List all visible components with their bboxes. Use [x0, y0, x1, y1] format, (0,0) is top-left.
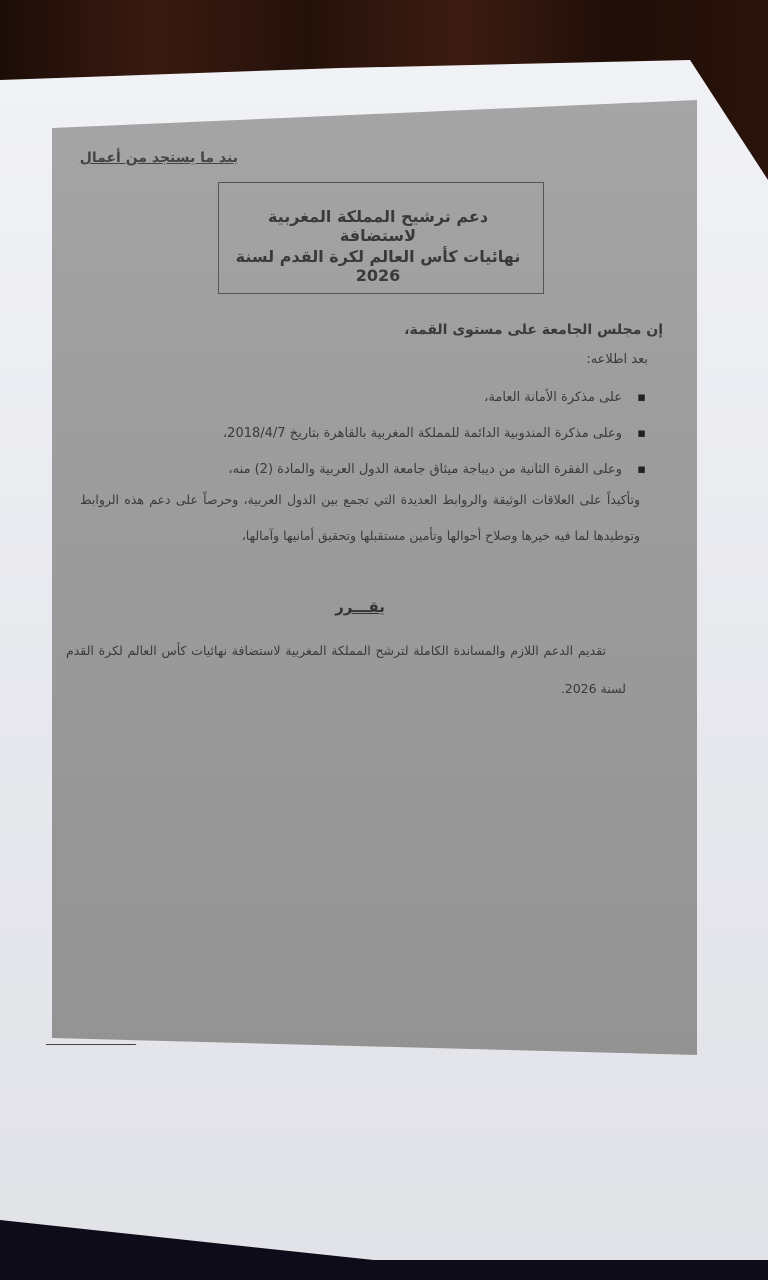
title-line-1: دعم ترشيح المملكة المغربية لاستضافة — [229, 207, 527, 245]
title-line-2: نهائيات كأس العالم لكرة القدم لسنة 2026 — [229, 247, 527, 285]
considerations-list: على مذكرة الأمانة العامة، وعلى مذكرة الم… — [223, 388, 646, 496]
preamble-paragraph: وتأكيداً على العلاقات الوثيقة والروابط ا… — [80, 482, 640, 554]
list-item: على مذكرة الأمانة العامة، — [223, 388, 646, 424]
footer-divider — [46, 1044, 136, 1045]
agenda-reference: بند ما يستجد من أعمال — [88, 150, 238, 166]
list-item: وعلى مذكرة المندوبية الدائمة للمملكة الم… — [223, 424, 646, 460]
title-box: دعم ترشيح المملكة المغربية لاستضافة نهائ… — [218, 182, 544, 294]
intro-line: إن مجلس الجامعة على مستوى القمة، — [404, 322, 663, 338]
decision-text: تقديم الدعم اللازم والمساندة الكاملة لتر… — [66, 632, 626, 708]
after-review-label: بعد اطلاعه: — [586, 352, 648, 367]
decides-heading: يقـــرر — [300, 598, 420, 616]
